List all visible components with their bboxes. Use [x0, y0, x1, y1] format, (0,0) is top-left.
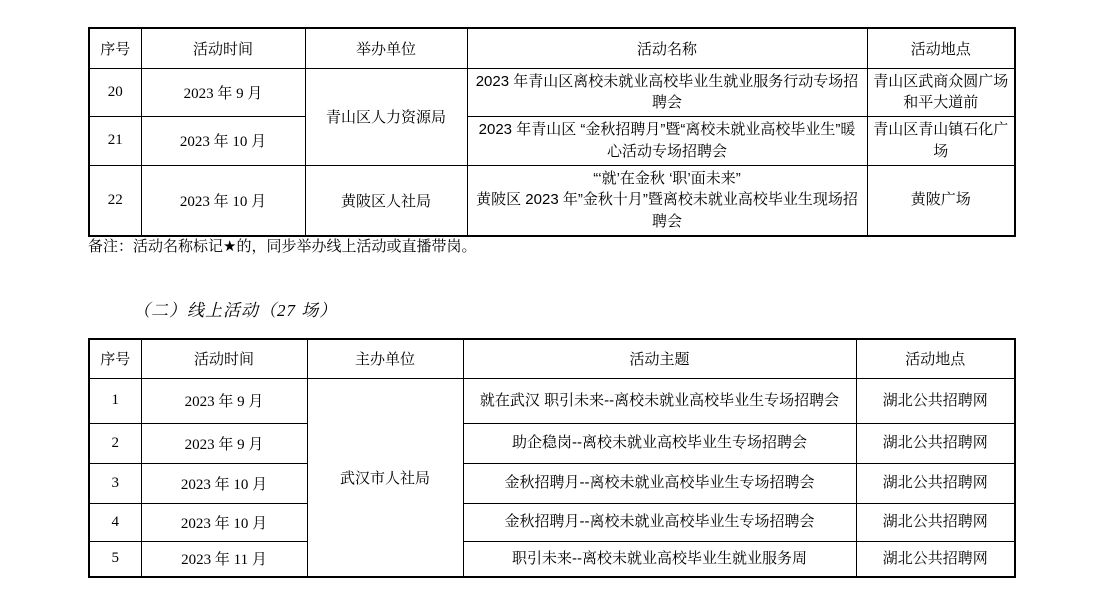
table-row: 1 2023 年 9 月 武汉市人社局 就在武汉 职引未来--离校未就业高校毕业… — [89, 378, 1015, 423]
online-row-location: 湖北公共招聘网 — [856, 463, 1015, 503]
table-row: 5 2023 年 11 月 职引未来--离校未就业高校毕业生就业服务周 湖北公共… — [89, 541, 1015, 577]
table-row: 20 2023 年 9 月 青山区人力资源局 2023 年青山区离校未就业高校毕… — [89, 68, 1015, 117]
online-row-theme: 助企稳岗--离校未就业高校毕业生专场招聘会 — [463, 423, 856, 463]
table-row: 4 2023 年 10 月 金秋招聘月--离校未就业高校毕业生专场招聘会 湖北公… — [89, 503, 1015, 541]
offline-header-row: 序号 活动时间 举办单位 活动名称 活动地点 — [89, 28, 1015, 68]
online-row-time: 2023 年 11 月 — [141, 541, 307, 577]
offline-header-name: 活动名称 — [467, 28, 867, 68]
offline-row-location: 黄陂广场 — [867, 165, 1015, 236]
online-row-theme: 金秋招聘月--离校未就业高校毕业生专场招聘会 — [463, 503, 856, 541]
online-header-no: 序号 — [89, 339, 141, 378]
offline-row-time: 2023 年 10 月 — [141, 117, 305, 166]
table-row: 22 2023 年 10 月 黄陂区人社局 “‘就’在金秋 ‘职’面未来” 黄陂… — [89, 165, 1015, 236]
offline-row-time: 2023 年 9 月 — [141, 68, 305, 117]
offline-row-location: 青山区青山镇石化广场 — [867, 117, 1015, 166]
table-row: 3 2023 年 10 月 金秋招聘月--离校未就业高校毕业生专场招聘会 湖北公… — [89, 463, 1015, 503]
online-row-time: 2023 年 9 月 — [141, 423, 307, 463]
online-header-organizer: 主办单位 — [307, 339, 463, 378]
offline-row-no: 20 — [89, 68, 141, 117]
table-footnote: 备注：活动名称标记★的，同步举办线上活动或直播带岗。 — [88, 238, 476, 256]
offline-header-location: 活动地点 — [867, 28, 1015, 68]
offline-row-name: “‘就’在金秋 ‘职’面未来” 黄陂区 2023 年”金秋十月”暨离校未就业高校… — [467, 165, 867, 236]
online-row-no: 5 — [89, 541, 141, 577]
online-row-theme: 金秋招聘月--离校未就业高校毕业生专场招聘会 — [463, 463, 856, 503]
online-row-no: 1 — [89, 378, 141, 423]
online-row-time: 2023 年 10 月 — [141, 463, 307, 503]
offline-row-organizer: 青山区人力资源局 — [305, 68, 467, 165]
offline-header-time: 活动时间 — [141, 28, 305, 68]
online-row-theme: 就在武汉 职引未来--离校未就业高校毕业生专场招聘会 — [463, 378, 856, 423]
online-row-no: 4 — [89, 503, 141, 541]
offline-activities-table: 序号 活动时间 举办单位 活动名称 活动地点 20 2023 年 9 月 青山区… — [88, 27, 1016, 237]
offline-row-no: 21 — [89, 117, 141, 166]
document-page: 序号 活动时间 举办单位 活动名称 活动地点 20 2023 年 9 月 青山区… — [0, 0, 1100, 597]
online-row-no: 2 — [89, 423, 141, 463]
online-row-organizer: 武汉市人社局 — [307, 378, 463, 577]
online-header-time: 活动时间 — [141, 339, 307, 378]
online-activities-table: 序号 活动时间 主办单位 活动主题 活动地点 1 2023 年 9 月 武汉市人… — [88, 338, 1016, 578]
online-row-theme: 职引未来--离校未就业高校毕业生就业服务周 — [463, 541, 856, 577]
online-row-no: 3 — [89, 463, 141, 503]
offline-row-no: 22 — [89, 165, 141, 236]
offline-row-name: 2023 年青山区 “金秋招聘月”暨“离校未就业高校毕业生”暖心活动专场招聘会 — [467, 117, 867, 166]
offline-row-location: 青山区武商众圆广场和平大道前 — [867, 68, 1015, 117]
offline-header-no: 序号 — [89, 28, 141, 68]
online-row-location: 湖北公共招聘网 — [856, 378, 1015, 423]
section-title-online-activities: （二）线上活动（27 场） — [133, 296, 337, 321]
offline-row-name: 2023 年青山区离校未就业高校毕业生就业服务行动专场招聘会 — [467, 68, 867, 117]
online-row-location: 湖北公共招聘网 — [856, 423, 1015, 463]
online-row-time: 2023 年 10 月 — [141, 503, 307, 541]
table-row: 21 2023 年 10 月 2023 年青山区 “金秋招聘月”暨“离校未就业高… — [89, 117, 1015, 166]
offline-row-organizer: 黄陂区人社局 — [305, 165, 467, 236]
online-row-location: 湖北公共招聘网 — [856, 503, 1015, 541]
online-header-location: 活动地点 — [856, 339, 1015, 378]
online-header-theme: 活动主题 — [463, 339, 856, 378]
offline-row-time: 2023 年 10 月 — [141, 165, 305, 236]
online-row-location: 湖北公共招聘网 — [856, 541, 1015, 577]
offline-header-organizer: 举办单位 — [305, 28, 467, 68]
online-row-time: 2023 年 9 月 — [141, 378, 307, 423]
online-header-row: 序号 活动时间 主办单位 活动主题 活动地点 — [89, 339, 1015, 378]
table-row: 2 2023 年 9 月 助企稳岗--离校未就业高校毕业生专场招聘会 湖北公共招… — [89, 423, 1015, 463]
